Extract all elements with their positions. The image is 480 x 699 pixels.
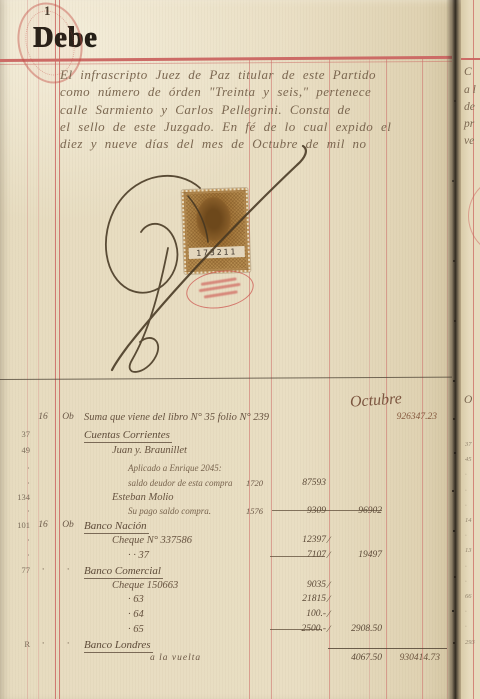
paragraph-line: calle Sarmiento y Carlos Pellegrini. Con…	[60, 101, 452, 118]
description-cell: · · 37	[128, 550, 149, 561]
description-cell: saldo deudor de esta compra	[128, 478, 233, 488]
facing-text-fragment: C	[464, 66, 472, 78]
facing-stamp-arc	[468, 175, 480, 257]
facing-margin-fragment: ·	[465, 471, 467, 478]
folio-cell: 134	[0, 492, 30, 502]
description-cell: Banco Londres	[84, 639, 153, 653]
description-cell: Su pago saldo compra.	[128, 506, 211, 516]
ledger-row: R··Banco Londres	[0, 639, 452, 654]
ledger-row: · 6321815∕	[0, 594, 452, 609]
facing-margin-fragment: ·	[465, 578, 467, 585]
ledger-row: 37Cuentas Corrientes	[0, 429, 452, 444]
handwritten-paragraph: El infrascripto Juez de Paz titular de e…	[60, 66, 452, 152]
sum-rule	[270, 556, 325, 557]
facing-text-fragment: ve	[464, 135, 474, 147]
facing-page-edge: Ca ldeprveO 3745···14·13··66··293	[461, 0, 480, 699]
balance-cell: 926347.23	[384, 412, 437, 422]
ledger-row: 10116ObBanco Nación	[0, 520, 452, 535]
binding-speckles	[453, 380, 455, 382]
amount-cell: 100.-	[268, 609, 326, 619]
amount-cell: 7107	[268, 550, 326, 560]
paragraph-line: como número de órden "Treinta y seis," p…	[60, 83, 452, 100]
month-mark-cell: ·	[56, 639, 80, 649]
subtotal-cell: 2908.50	[336, 624, 382, 634]
day-cell: ·	[33, 639, 53, 649]
facing-header-fragment: O	[464, 394, 472, 406]
reference-cell: 1720	[246, 478, 270, 488]
ledger-row: ·Cheque N° 33758612397∕	[0, 535, 452, 550]
ledger-row: · 64100.-∕	[0, 609, 452, 624]
carry-forward-row: a la vuelta 4067.50 930414.73	[0, 653, 452, 668]
running-total: 930414.73	[384, 653, 440, 663]
paragraph-line: diez y nueve días del mes de Octubre de …	[60, 135, 452, 152]
tick-mark: ∕	[328, 580, 338, 591]
description-cell: Banco Comercial	[84, 565, 163, 579]
day-cell: ·	[33, 565, 53, 575]
ledger-row: 134Esteban Molio	[0, 492, 452, 507]
description-cell: Esteban Molio	[112, 492, 174, 503]
ledger-row: 16ObSuma que viene del libro N° 35 folio…	[0, 412, 452, 427]
page-total: 4067.50	[336, 653, 382, 663]
day-cell: 16	[33, 520, 53, 530]
facing-margin-fragment: 45	[465, 456, 472, 463]
facing-margin-fragment: 13	[465, 547, 472, 554]
facing-margin-fragment: 293	[465, 639, 475, 646]
month-mark-cell: Ob	[56, 520, 80, 530]
ledger-row: ·· · 377107∕19497	[0, 550, 452, 565]
facing-text-fragment: pr	[464, 118, 474, 130]
description-cell: Aplicado a Enrique 2045:	[128, 463, 222, 473]
amount-cell: 12397	[268, 535, 326, 545]
total-rule	[328, 648, 447, 649]
folio-cell: 77	[0, 565, 30, 575]
folio-cell: ·	[0, 478, 30, 488]
tick-mark: ∕	[328, 609, 338, 620]
description-cell: Banco Nación	[84, 520, 149, 534]
description-cell: Cheque 150663	[112, 580, 178, 591]
ledger-row: ·Su pago saldo compra.1576930996902	[0, 506, 452, 521]
facing-margin-fragment: ·	[465, 608, 467, 615]
ledger-row: · 652500.-∕2908.50	[0, 624, 452, 639]
ledger-row: 77··Banco Comercial	[0, 565, 452, 580]
folio-cell: ·	[0, 550, 30, 560]
ledger-row: ·Aplicado a Enrique 2045:	[0, 463, 452, 478]
folio-cell: 49	[0, 445, 30, 455]
day-cell: 16	[33, 412, 53, 422]
description-cell: · 65	[128, 624, 144, 635]
description-cell: Cheque N° 337586	[112, 535, 192, 546]
folio-cell: 37	[0, 429, 30, 439]
ledger-page-scan: 1 Debe El infrascripto Juez de Paz titul…	[0, 0, 480, 699]
description-cell: · 64	[128, 609, 144, 620]
facing-margin-fragment: ·	[465, 532, 467, 539]
amount-cell: 9035	[268, 580, 326, 590]
folio-cell: R	[0, 639, 30, 649]
facing-text-fragment: de	[464, 101, 475, 113]
amount-cell: 87593	[268, 478, 326, 488]
sum-rule	[272, 510, 382, 511]
revenue-stamp: 173211	[182, 188, 251, 274]
description-cell: Suma que viene del libro N° 35 folio N° …	[84, 412, 269, 423]
month-header: Octubre	[349, 390, 402, 412]
ledger-row: ·saldo deudor de esta compra172087593	[0, 478, 452, 493]
amount-cell: 9309	[268, 506, 326, 516]
ledger-row: 49Juan y. Braunillet	[0, 445, 452, 460]
tick-mark: ∕	[328, 535, 338, 546]
facing-margin-fragment: 14	[465, 517, 472, 524]
carry-forward-label: a la vuelta	[150, 653, 201, 663]
folio-cell: 101	[0, 520, 30, 530]
ledger-row: Cheque 1506639035∕	[0, 580, 452, 595]
month-mark-cell: Ob	[56, 412, 80, 422]
reference-cell: 1576	[246, 506, 270, 516]
facing-text-fragment: a l	[464, 84, 476, 96]
subtotal-cell: 19497	[336, 550, 382, 560]
folio-cell: ·	[0, 463, 30, 473]
revenue-stamp-serial: 173211	[189, 246, 245, 259]
tick-mark: ∕	[328, 594, 338, 605]
facing-margin-fragment: ·	[465, 502, 467, 509]
description-cell: Cuentas Corrientes	[84, 429, 172, 443]
paragraph-line: El infrascripto Juez de Paz titular de e…	[60, 66, 452, 83]
folio-cell: ·	[0, 506, 30, 516]
facing-margin-fragment: ·	[465, 623, 467, 630]
facing-margin-fragment: 66	[465, 593, 472, 600]
paragraph-line: el sello de este Juzgado. En fé de lo cu…	[60, 118, 452, 135]
facing-margin-fragment: 37	[465, 441, 472, 448]
description-cell: · 63	[128, 594, 144, 605]
facing-margin-fragment: ·	[465, 563, 467, 570]
facing-header-rule	[461, 58, 480, 60]
subtotal-cell: 96902	[336, 506, 382, 516]
description-cell: Juan y. Braunillet	[112, 445, 187, 456]
facing-margin-fragment: ·	[465, 487, 467, 494]
month-mark-cell: ·	[56, 565, 80, 575]
sum-rule	[270, 629, 322, 630]
amount-cell: 21815	[268, 594, 326, 604]
folio-cell: ·	[0, 535, 30, 545]
